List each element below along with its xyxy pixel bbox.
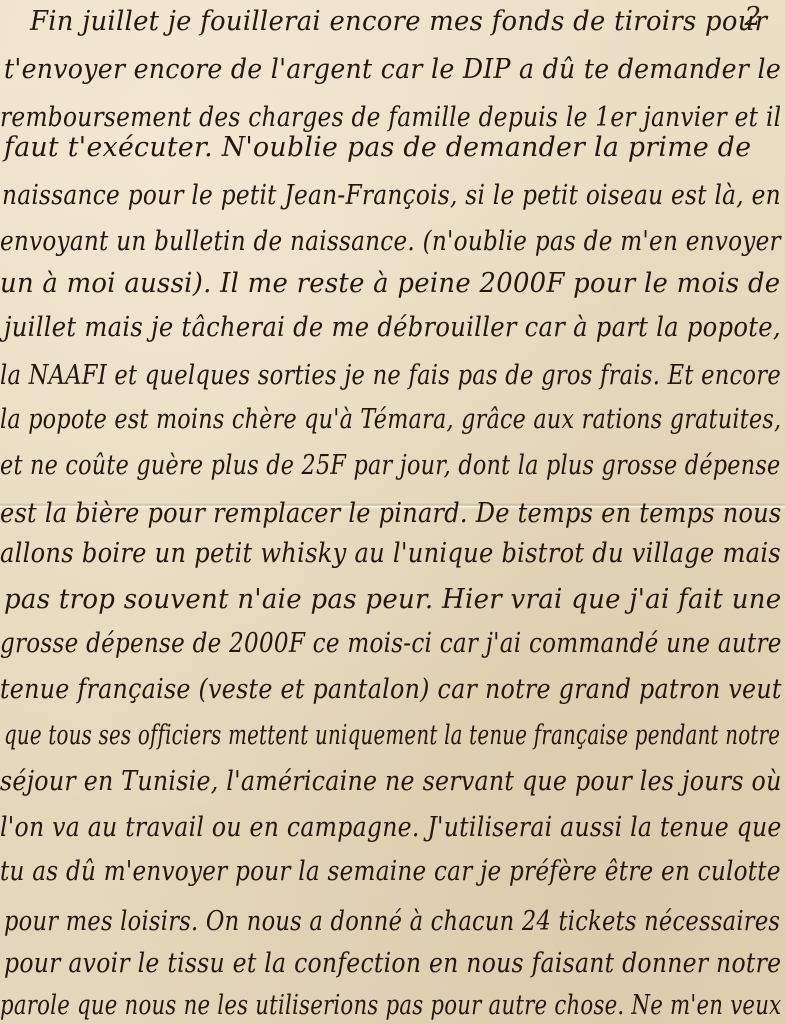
handwritten-line: juillet mais je tâcherai de me débrouill… (4, 308, 709, 348)
handwritten-line: et ne coûte guère plus de 25F par jour, … (0, 446, 648, 486)
handwritten-line: allons boire un petit whisky au l'unique… (0, 534, 702, 574)
letter-page: 2 Fin juillet je fouillerai encore mes f… (0, 0, 785, 1024)
handwritten-line: parole que nous ne les utiliserions pas … (0, 986, 618, 1024)
handwritten-line: tenue française (veste et pantalon) car … (0, 670, 691, 710)
handwritten-line: faut t'exécuter. N'oublie pas de demande… (4, 128, 781, 168)
handwritten-line: est la bière pour remplacer le pinard. D… (0, 494, 698, 534)
handwritten-line: tu as dû m'envoyer pour la semaine car j… (0, 852, 671, 892)
handwritten-line: la NAAFI et quelques sorties je ne fais … (0, 356, 657, 396)
handwritten-line: un à moi aussi). Il me reste à peine 200… (0, 264, 752, 304)
handwritten-line: Fin juillet je fouillerai encore mes fon… (30, 2, 781, 42)
handwritten-line: la popote est moins chère qu'à Témara, g… (0, 400, 647, 440)
handwritten-line: grosse dépense de 2000F ce mois-ci car j… (0, 624, 670, 664)
handwritten-line: que tous ses officiers mettent uniquemen… (4, 716, 580, 756)
handwritten-line: pour mes loisirs. On nous a donné à chac… (4, 902, 659, 942)
handwritten-line: t'envoyer encore de l'argent car le DIP … (4, 50, 736, 90)
handwritten-line: pas trop souvent n'aie pas peur. Hier vr… (4, 580, 760, 620)
handwritten-line: envoyant un bulletin de naissance. (n'ou… (0, 222, 672, 262)
handwritten-line: l'on va au travail ou en campagne. J'uti… (0, 808, 685, 848)
handwritten-line: naissance pour le petit Jean-François, s… (2, 176, 678, 216)
handwritten-line: séjour en Tunisie, l'américaine ne serva… (0, 762, 688, 802)
handwritten-line: pour avoir le tissu et la confection en … (4, 944, 688, 984)
